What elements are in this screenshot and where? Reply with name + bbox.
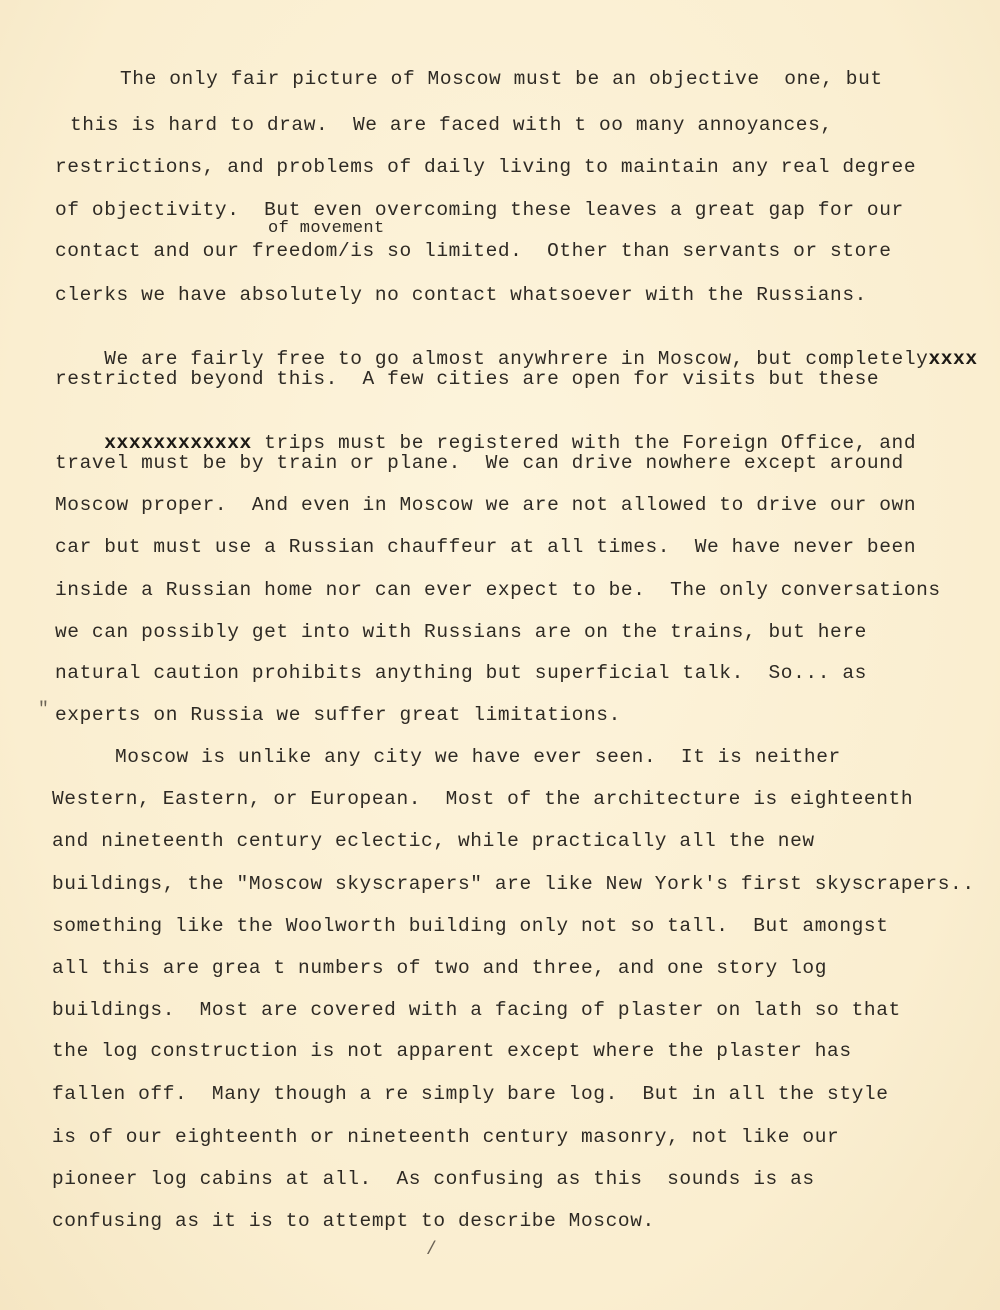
text-line: restrictions, and problems of daily livi… bbox=[55, 156, 916, 178]
text-line: all this are grea t numbers of two and t… bbox=[52, 957, 827, 979]
text-line: something like the Woolworth building on… bbox=[52, 915, 889, 937]
text-line: confusing as it is to attempt to describ… bbox=[52, 1210, 655, 1232]
text-line: we can possibly get into with Russians a… bbox=[55, 621, 867, 643]
text-line: inside a Russian home nor can ever expec… bbox=[55, 579, 941, 601]
text-line: pioneer log cabins at all. As confusing … bbox=[52, 1168, 815, 1190]
text-segment: trips must be registered with the Foreig… bbox=[264, 432, 916, 454]
strikeover-text: xxxxxxxxxxxx bbox=[104, 432, 252, 454]
pencil-mark: " bbox=[38, 700, 49, 720]
text-line: the log construction is not apparent exc… bbox=[52, 1040, 852, 1062]
text-line: natural caution prohibits anything but s… bbox=[55, 662, 867, 684]
text-line: of objectivity. But even overcoming thes… bbox=[55, 199, 904, 221]
text-line: clerks we have absolutely no contact wha… bbox=[55, 284, 867, 306]
pencil-mark: / bbox=[426, 1240, 437, 1260]
strikeover-text: xxxx bbox=[928, 348, 977, 370]
text-line: car but must use a Russian chauffeur at … bbox=[55, 536, 916, 558]
text-line: is of our eighteenth or nineteenth centu… bbox=[52, 1126, 839, 1148]
text-line: buildings, the "Moscow skyscrapers" are … bbox=[52, 873, 975, 895]
typewritten-page: The only fair picture of Moscow must be … bbox=[0, 0, 1000, 1310]
text-line: this is hard to draw. We are faced with … bbox=[70, 114, 833, 136]
text-line: Western, Eastern, or European. Most of t… bbox=[52, 788, 913, 810]
text-line: restricted beyond this. A few cities are… bbox=[55, 368, 879, 390]
text-line: fallen off. Many though a re simply bare… bbox=[52, 1083, 889, 1105]
text-line: Moscow is unlike any city we have ever s… bbox=[115, 746, 841, 768]
text-line: The only fair picture of Moscow must be … bbox=[120, 68, 883, 90]
text-line: Moscow proper. And even in Moscow we are… bbox=[55, 494, 916, 516]
text-line: and nineteenth century eclectic, while p… bbox=[52, 830, 815, 852]
text-line: buildings. Most are covered with a facin… bbox=[52, 999, 901, 1021]
text-line: contact and our freedom/is so limited. O… bbox=[55, 240, 892, 262]
handwritten-insertion: of movement bbox=[268, 219, 385, 238]
text-line: experts on Russia we suffer great limita… bbox=[55, 704, 621, 726]
text-segment: We are fairly free to go almost anywhrer… bbox=[104, 348, 928, 370]
text-line: travel must be by train or plane. We can… bbox=[55, 452, 904, 474]
